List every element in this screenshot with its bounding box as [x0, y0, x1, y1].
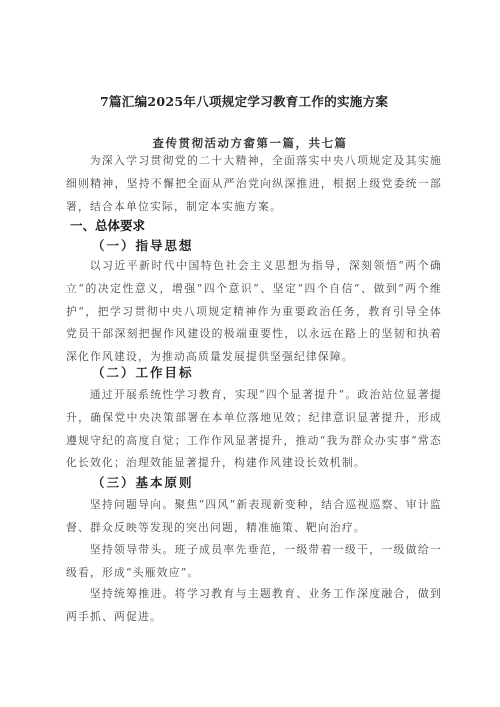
paragraph-guiding-ideology: 以习近平新时代中国特色社会主义思想为指导，深刻领悟“两个确立“的决定性意义，增强… — [66, 255, 442, 369]
document-subtitle: 查传贯彻活动方畲第一篇，共七篇 — [0, 135, 500, 151]
paragraph-problem-oriented: 坚持问题导向。聚焦“四风”新表现新变种，结合巡视巡察、审计监督、群众反映等发现的… — [66, 494, 442, 540]
subsection-heading-work-goals: （二）工作目标 — [92, 363, 194, 381]
paragraph-work-goals: 通过开展系统性学习教育，实现“四个显著提升“。政治站位显著提升，确保党中央决策部… — [66, 384, 442, 475]
document-page: 7篇汇编2025年八项规定学习教育工作的实施方案 查传贯彻活动方畲第一篇，共七篇… — [0, 0, 500, 707]
subsection-heading-basic-principles: （三）基本原则 — [92, 473, 194, 491]
paragraph-coordination: 坚持统筹推进。将学习教育与主题教育、业务工作深度融合，做到两手抓、两促进。 — [66, 583, 442, 629]
paragraph-leadership: 坚持领导带头。班子成员率先垂范，一级带着一级干，一级做给一级看，形成“头雁效应”… — [66, 539, 442, 585]
document-title: 7篇汇编2025年八项规定学习教育工作的实施方案 — [100, 92, 388, 110]
intro-paragraph: 为深入学习贯彻党的二十大精神，全面落实中央八项规定及其实施细则精神，坚持不懈把全… — [66, 150, 442, 218]
section-heading-general-requirements: 一、总体要求 — [70, 216, 145, 234]
subsection-heading-guiding-ideology: （一）指导思想 — [92, 236, 194, 254]
